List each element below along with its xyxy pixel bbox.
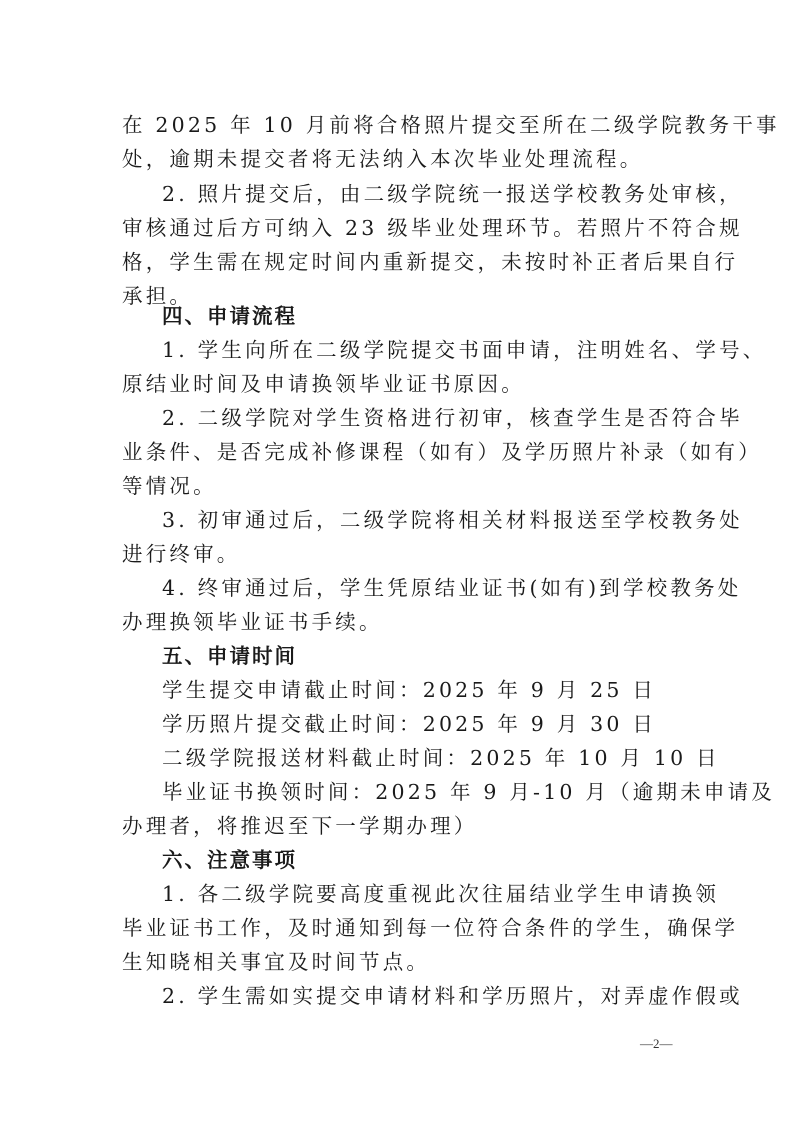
paragraph-line: 办理换领毕业证书手续。 <box>122 607 682 637</box>
paragraph-line: 等情况。 <box>122 471 682 501</box>
paragraph-line: 生知晓相关事宜及时间节点。 <box>122 947 682 977</box>
section-heading-application-time: 五、申请时间 <box>162 641 722 671</box>
paragraph-line: 1. 学生向所在二级学院提交书面申请，注明姓名、学号、 <box>162 335 722 365</box>
document-page: 在 2025 年 10 月前将合格照片提交至所在二级学院教务干事 处，逾期未提交… <box>0 0 793 1122</box>
page-number: —2— <box>640 1036 673 1052</box>
paragraph-line: 格，学生需在规定时间内重新提交，未按时补正者后果自行 <box>122 247 682 277</box>
paragraph-line: 毕业证书工作，及时通知到每一位符合条件的学生，确保学 <box>122 913 682 943</box>
paragraph-line: 2. 学生需如实提交申请材料和学历照片，对弄虚作假或 <box>162 981 722 1011</box>
paragraph-line: 进行终审。 <box>122 539 682 569</box>
paragraph-line: 2. 二级学院对学生资格进行初审，核查学生是否符合毕 <box>162 403 722 433</box>
section-heading-application-process: 四、申请流程 <box>162 301 722 331</box>
paragraph-line: 处，逾期未提交者将无法纳入本次毕业处理流程。 <box>122 144 682 174</box>
paragraph-line: 办理者，将推迟至下一学期办理） <box>122 811 682 841</box>
paragraph-line: 业条件、是否完成补修课程（如有）及学历照片补录（如有） <box>122 437 682 467</box>
paragraph-line: 在 2025 年 10 月前将合格照片提交至所在二级学院教务干事 <box>122 110 682 140</box>
paragraph-line: 学生提交申请截止时间：2025 年 9 月 25 日 <box>162 675 722 705</box>
paragraph-line: 原结业时间及申请换领毕业证书原因。 <box>122 369 682 399</box>
paragraph-line: 二级学院报送材料截止时间：2025 年 10 月 10 日 <box>162 743 722 773</box>
paragraph-line: 1. 各二级学院要高度重视此次往届结业学生申请换领 <box>162 879 722 909</box>
paragraph-line: 学历照片提交截止时间：2025 年 9 月 30 日 <box>162 709 722 739</box>
paragraph-line: 4. 终审通过后，学生凭原结业证书(如有)到学校教务处 <box>162 573 722 603</box>
paragraph-line: 2. 照片提交后，由二级学院统一报送学校教务处审核， <box>162 179 722 209</box>
paragraph-line: 3. 初审通过后，二级学院将相关材料报送至学校教务处 <box>162 505 722 535</box>
paragraph-line: 审核通过后方可纳入 23 级毕业处理环节。若照片不符合规 <box>122 213 682 243</box>
paragraph-line: 毕业证书换领时间：2025 年 9 月-10 月（逾期未申请及 <box>162 777 722 807</box>
section-heading-notes: 六、注意事项 <box>162 845 722 875</box>
